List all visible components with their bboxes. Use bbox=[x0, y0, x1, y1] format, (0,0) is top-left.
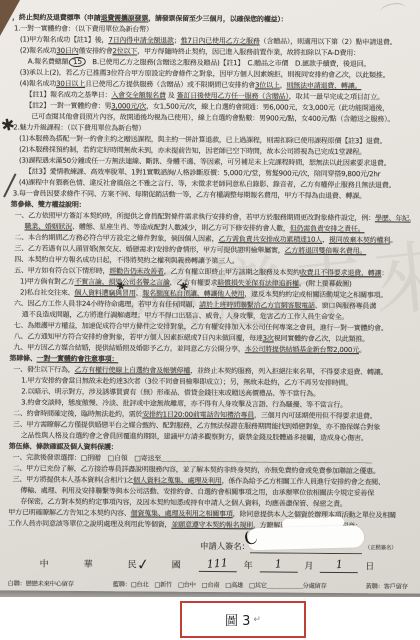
text-segment: 一、乙方依照甲方簽訂本契約時，所提供之會員配對條件需求執行安排約會，若甲方於服務… bbox=[15, 211, 375, 222]
text-segment: (4)報名成功 bbox=[20, 79, 57, 87]
text-segment: 個資蒐集、處理及利用之相關事項 bbox=[131, 509, 233, 518]
signature-label: 申請人簽名： bbox=[200, 542, 250, 553]
text-segment: 請於上班時間聯繫洽乙方官網客服電話 bbox=[199, 301, 315, 310]
text-segment: 五、甲方如有符合以下情形時， bbox=[14, 266, 109, 275]
text-segment: 、窗口與服務專員溝 bbox=[315, 302, 376, 310]
handwritten-month: 1 bbox=[275, 558, 283, 570]
text-segment: 3次 bbox=[263, 334, 274, 342]
text-segment: 安排約1日20:00前電話告知禮洽專員 bbox=[142, 410, 254, 419]
text-segment: 一、發生以下行為， bbox=[13, 365, 74, 373]
text-segment: 乙方有權行使線上自選約會及帳號停權 bbox=[75, 366, 191, 375]
text-segment: B.已使用乙方之服務(含贈送之服務及贈品)【註1】 C.贈品之市價 D.匯款手續… bbox=[85, 58, 370, 68]
text-segment: 2)私自社交往來、 bbox=[20, 289, 74, 297]
date-year-unit: 年 bbox=[244, 561, 253, 572]
text-segment: 二、約會時間確定後，臨時無法赴約，需於 bbox=[13, 409, 142, 418]
text-segment: 已可查閱其他會員照片內容，故開通後均視為已使用），線上自選約會點數：男900元/… bbox=[31, 113, 394, 124]
text-segment: 七、為維護甲方權益，加速促成符合甲方條件之安排對象，乙方有權安排加入本公司任何專… bbox=[14, 321, 388, 332]
text-segment: 。 bbox=[359, 346, 366, 354]
text-segment: 個人資料之蒐集、處理及利用 bbox=[133, 476, 221, 485]
text-segment: (2)本服務採預約制，若約定好時間無故未到，亦未提前告知，因老師已空下時間，故本… bbox=[19, 145, 366, 156]
handwritten-year: 111 bbox=[207, 557, 229, 570]
text-segment: ，女1,500元/次，線上自選約會開通：男6,000元，女3,000元（此功能開… bbox=[146, 102, 389, 112]
text-segment: 二、本合約期間乙方務必符合甲方設定之條件對象，倘因個人因素， bbox=[14, 233, 218, 243]
text-segment: 視同放棄本契約權利 bbox=[329, 236, 390, 244]
text-segment: 【註2】一對一實體約會：男 bbox=[25, 102, 111, 111]
text-segment: 一、完款後發票選擇：□捐贈 □自領 □寄送至＿＿＿＿＿＿＿＿＿＿＿＿＿＿＿＿＿＿… bbox=[13, 453, 372, 464]
text-segment: 惟7日內已使用乙方之服務 bbox=[181, 37, 260, 46]
text-segment: 職業、婚姻狀況 bbox=[24, 223, 72, 231]
date-era-label: 中 華 民 國 bbox=[40, 560, 194, 572]
text-segment: (2)報名成功 bbox=[20, 46, 57, 54]
word-page: 戀戀未來 ，終止契約及退費標準（申請退費需攜原發票，請發票保留至少三個月，以確保… bbox=[0, 0, 420, 640]
date-month-slot: 1 bbox=[259, 558, 297, 572]
text-segment: 學歷、年紀、 bbox=[375, 214, 411, 222]
text-segment: 3.約會交談時，態度傲慢、冷淡、批評或中途無故離席，亦不得有人身攻擊及言語、行為… bbox=[21, 399, 347, 410]
text-segment: ，乙方有權要求 bbox=[170, 279, 218, 287]
text-segment: ，係作為給予乙方相關工作人員進行安排約會之查閱、 bbox=[222, 477, 385, 486]
text-segment: 通不良造成問題，乙方將進行調解處理；甲方不得口出惡言、威脅、人身攻擊，危害乙方工… bbox=[22, 311, 348, 322]
text-segment: 且已使用乙方提供服務（含贈品）或不限期間已安排約會 bbox=[85, 80, 255, 89]
text-segment: 簽訂日後使用乙方任一服務（含贈品） bbox=[177, 92, 289, 101]
text-segment: 二、甲方已充份了解，乙方接洽專員詳盡說明服務內容，並了解本契約非終身契約，亦無免… bbox=[13, 464, 380, 475]
text-segment: 三、乙方若遇有以人頭冒婚(無交友、婚戀需求)安排約會情形，甲方可提供證明檢舉屬實… bbox=[14, 244, 284, 254]
text-segment: 但仍需負責安排之責任。 bbox=[290, 225, 365, 234]
text-segment: 第肆條、 bbox=[9, 354, 36, 362]
text-segment: 【註1】報名成功之基準日： bbox=[26, 91, 112, 100]
text-segment: 賠償損失並保有法律追訴權 bbox=[217, 279, 299, 288]
text-segment: 乙方將退回雙倍報名費用。 bbox=[285, 247, 367, 256]
text-segment: ，終止契約及退費標準（申請 bbox=[12, 13, 100, 22]
text-segment: 、體態、星座生肖、等造成配對人數減少，則乙方可下修安排約會人數， bbox=[72, 223, 290, 233]
text-segment: 2位以下 bbox=[112, 47, 137, 55]
text-segment: 傳輸、處理、利用及安排聯繫等與本公司活動、安排約會、自選約會相關事項之用，由承辦… bbox=[20, 487, 374, 498]
text-segment: 入會交全額報名費 bbox=[111, 91, 165, 99]
text-segment: 之品性與人格及自選約會之會員回覆進約期限，建議甲方請多觀察對方，嚴禁金錢及肢體過… bbox=[21, 432, 368, 443]
text-segment: 3位以上 bbox=[255, 81, 280, 89]
text-segment: （含贈品），則適用以下第（2）點申請退費。 bbox=[260, 37, 397, 46]
date-row: 中 華 民 國 111 年 1 月 1 日 bbox=[8, 556, 408, 573]
contract-body: ，終止契約及退費標準（申請退費需攜原發票，請發票保留至少三個月，以確保您的權益）… bbox=[8, 12, 412, 532]
text-segment: 經勸告仍未改善者 bbox=[109, 267, 163, 275]
figure-caption-label: 圖 3 bbox=[225, 610, 250, 629]
text-segment: 2.以暗示、明示對方，涉及誘導買賣有（無）形產品、借貸金錢往來或贈送高價禮品、等… bbox=[21, 388, 320, 398]
signature-note: （正楷簽名） bbox=[365, 543, 397, 554]
text-segment: (1)甲方報名成功【註1】後， bbox=[20, 35, 108, 44]
text-segment: 存保密，乙方對本契約約定事項內容，及因本契約知悉或持有申請人之個人資料，均應善盡… bbox=[20, 498, 346, 509]
text-segment: 1)甲方倘有對乙方 bbox=[20, 278, 74, 286]
text-segment: 7日內得申請全額退款 bbox=[108, 36, 174, 45]
text-segment: 一對一實體約會注意事項： bbox=[37, 355, 119, 364]
text-segment: A.報名費總額 bbox=[28, 58, 69, 66]
whiteout-redaction-signature bbox=[248, 525, 365, 550]
text-segment: 第伍條、條款確認及個人資料保護： bbox=[9, 442, 118, 451]
text-segment: 【註3】愛情教練課、高效率脫單、1對1實戰諮詢/人格診斷原價：5,000元/堂，… bbox=[25, 168, 380, 179]
text-segment: 。(附上螢幕截圖) bbox=[299, 280, 352, 288]
contract-photo: 戀戀未來 ，終止契約及退費標準（申請退費需攜原發票，請發票保留至少三個月，以確保… bbox=[0, 0, 420, 597]
text-segment: ，並終止本契約服務，列入拒絕往來名單，不得要求退費、轉讓。 bbox=[190, 367, 387, 377]
text-segment: 四、本契約自甲方報名成功日起，不得將契約之權利與義務轉讓予第三人。 bbox=[14, 255, 238, 265]
handwritten-tainan-check: ✓ bbox=[136, 555, 151, 574]
blue-copy-label: 藍聯：□台北 □新竹 □台中 □台南 □高雄 □其它＿＿＿＿＿＿分處留存 bbox=[113, 579, 327, 592]
date-day-unit: 日 bbox=[365, 562, 374, 573]
text-segment: 三、甲方需瞭解乙方僅提供婚戀平台之媒合甄約、配對服務，乙方無法保證在服務期間能找… bbox=[13, 420, 380, 431]
text-segment: 2.魅力升級課程：（以下費用單位為新台幣） bbox=[13, 123, 145, 132]
photo-corner-background bbox=[0, 0, 20, 36]
text-segment: 1.一對一實體約會：（以下費用單位為新台幣） bbox=[14, 24, 153, 33]
handwritten-day: 1 bbox=[335, 559, 343, 571]
text-segment: 工作人員亦同意該等單位之說明處理及利用此等個資， bbox=[8, 519, 171, 528]
text-segment: ，請發票保留至少三個月，以確保您的權益）： bbox=[148, 15, 287, 24]
text-segment: 第參條、雙方權益說明： bbox=[11, 200, 86, 209]
text-segment: 視同實體約會乙次，以此類推。 bbox=[274, 335, 369, 344]
text-segment: 三、甲方將提供本人基本資料(含相片)之 bbox=[12, 475, 133, 484]
text-segment: 則無法申請退費、轉讓。 bbox=[286, 82, 361, 91]
text-segment: 及 bbox=[166, 92, 177, 100]
copy-distribution-row: 白聯：戀戀未來中心留存 藍聯：□台北 □新竹 □台中 □台南 □高雄 □其它＿＿… bbox=[8, 578, 408, 592]
text-segment: ，違反本契約約定或相關活動規定之相關事項。 bbox=[244, 290, 387, 299]
text-segment: (3)課程遇未滿50分鐘或任一方無法連線、斷訊、身體不適、等因素，可另補足未上完… bbox=[19, 156, 390, 167]
text-segment: (3)承以上(2)，若乙方已推薦3位符合甲方原設定約會條件之對象，因甲方個人因素… bbox=[20, 68, 390, 79]
text-segment: 15 bbox=[68, 56, 86, 67]
text-segment: 九、甲方因乙方媒合結婚，提供結婚照及婚影予乙方，並同意乙方公開分享， bbox=[14, 343, 245, 353]
text-segment: 3.每一會員因要求條件不同、方案不同、每期促銷活動一等，乙方有權調整每期報名費用… bbox=[13, 189, 366, 200]
date-year-slot: 111 bbox=[199, 558, 237, 572]
text-segment: 個人資料遭竊與冒用 bbox=[74, 289, 135, 297]
text-segment: 報名額度私自頂讓、轉讓他人使用 bbox=[142, 289, 244, 298]
text-segment: ，甲方得隨時終止契約，因已進入服務前置作業，故將扣除以下A-D費用： bbox=[137, 47, 360, 57]
text-segment: 30日以上 bbox=[56, 80, 85, 88]
text-segment: ，三個月內可延期使用但不得要求退費。 bbox=[254, 411, 376, 420]
paragraph-return-icon: ↵ bbox=[253, 615, 261, 625]
text-segment: (1)本服務為搭配一對一約會主約之贈送課程，與主約一併計算退款，已上過課程，則需… bbox=[19, 134, 386, 145]
date-day-slot: 1 bbox=[320, 559, 358, 573]
yellow-copy-label: 黃聯：客戶留存 bbox=[366, 581, 408, 592]
contract-paper: 戀戀未來 ，終止契約及退費標準（申請退費需攜原發票，請發票保留至少三個月，以確保… bbox=[0, 0, 420, 594]
text-segment: 退費需攜原發票 bbox=[101, 14, 149, 22]
text-segment: 八、乙方通知甲方符合安排約會對象，若甲方個人因素拒絕或7日內未做回覆，每達 bbox=[14, 332, 263, 342]
text-segment: 甲方已明確瞭解乙方告知之本契約內容、 bbox=[8, 508, 130, 517]
text-segment: 本公司將提供結婚基金新台幣2,000元 bbox=[245, 345, 359, 354]
text-segment: 30日內 bbox=[56, 47, 78, 55]
text-segment: 僅安排約會 bbox=[78, 47, 112, 55]
text-segment: 乙方需負責共安排成功累積達10人 bbox=[218, 235, 322, 244]
text-segment: ： bbox=[381, 269, 388, 277]
date-month-unit: 月 bbox=[304, 562, 313, 573]
text-segment: 3,000元/次 bbox=[111, 102, 146, 110]
text-segment: ，取其一最早完成之項目訂立。 bbox=[289, 93, 384, 102]
text-segment: 。 bbox=[390, 236, 397, 244]
contract-content: ，終止契約及退費標準（申請退費需攜原發票，請發票保留至少三個月，以確保您的權益）… bbox=[8, 12, 413, 592]
white-copy-label: 白聯：戀戀未來中心留存 bbox=[8, 578, 74, 590]
figure-caption-box: 圖 3 ↵ bbox=[180, 601, 306, 638]
text-segment: ，乙方有權立即終止甲方該期之服務及本契約 bbox=[164, 268, 300, 277]
text-segment: 1.甲方安排約會當日無故未赴約達3次者（3位不同會員檢舉即成立）；另，無故未赴約… bbox=[21, 377, 352, 388]
text-segment: 收費且不得要求退費、轉讓 bbox=[300, 269, 382, 278]
text-segment: 六、因乙方工作人員非24小時待命處理，若甲方有任何問題， bbox=[14, 299, 199, 308]
text-segment: (4)課程中有猥褻色情、違反社會風俗之不雅之言行、等，未徵求老師同意私自錄影、錄… bbox=[19, 178, 396, 189]
